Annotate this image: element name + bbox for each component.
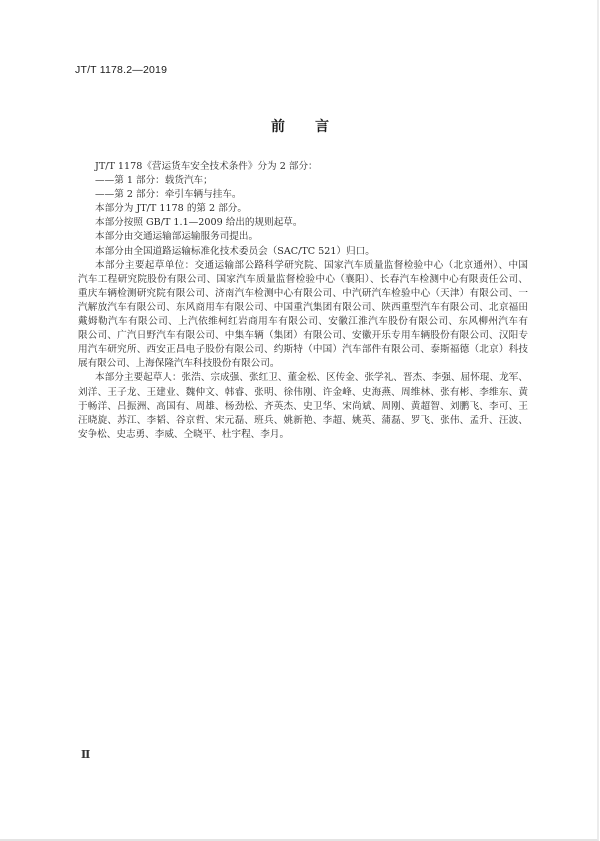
body-line: 本部分由全国道路运输标准化技术委员会（SAC/TC 521）归口。: [78, 245, 528, 259]
body-line: 安争松、史志勇、李威、仝晓平、杜宇程、李月。: [78, 428, 528, 442]
body-line: 重庆车辆检测研究院有限公司、济南汽车检测中心有限公司、中汽研汽车检验中心（天津）…: [78, 287, 528, 301]
page-number: Ⅱ: [81, 748, 90, 761]
title-char-2: 言: [315, 116, 329, 136]
body-line: 本部分主要起草单位：交通运输部公路科学研究院、国家汽车质量监督检验中心（北京通州…: [78, 259, 528, 273]
body-line: 本部分主要起草人：张浩、宗成强、张红卫、董金松、区传金、张学礼、晋杰、李强、屈怀…: [78, 371, 528, 385]
section-title-foreword: 前言: [0, 116, 600, 136]
body-line: 汽车工程研究院股份有限公司、国家汽车质量监督检验中心（襄阳）、长春汽车检测中心有…: [78, 273, 528, 287]
body-line: 汪晓旋、苏江、李韬、谷京哲、宋元磊、班兵、姚新艳、李超、姚英、蒲磊、罗飞、张伟、…: [78, 414, 528, 428]
body-line: 于畅洋、吕振洲、高国有、周雄、杨劲松、齐英杰、史卫华、宋尚斌、周刚、黄超智、刘鹏…: [78, 400, 528, 414]
body-line: 用汽车研究所、西安正昌电子股份有限公司、约斯特（中国）汽车部件有限公司、泰斯福德…: [78, 343, 528, 357]
body-line: ——第 2 部分：牵引车辆与挂车。: [78, 188, 528, 202]
body-line: 刘洋、王子龙、王建业、魏仲文、韩睿、张明、徐伟刚、许金峰、史海燕、周维林、张有彬…: [78, 386, 528, 400]
document-page: JT/T 1178.2—2019 前言 JT/T 1178《营运货车安全技术条件…: [0, 0, 599, 841]
standard-code-header: JT/T 1178.2—2019: [75, 64, 167, 76]
body-line: 本部分按照 GB/T 1.1—2009 给出的规则起草。: [78, 216, 528, 230]
body-line: JT/T 1178《营运货车安全技术条件》分为 2 部分：: [78, 160, 528, 174]
body-line: ——第 1 部分：载货汽车；: [78, 174, 528, 188]
body-line: 本部分由交通运输部运输服务司提出。: [78, 230, 528, 244]
title-char-1: 前: [271, 116, 285, 136]
body-line: 戴姆勒汽车有限公司、上汽依维柯红岩商用车有限公司、安徽江淮汽车股份有限公司、东风…: [78, 315, 528, 329]
body-line: 汽解放汽车有限公司、东风商用车有限公司、中国重汽集团有限公司、陕西重型汽车有限公…: [78, 301, 528, 315]
body-line: 本部分为 JT/T 1178 的第 2 部分。: [78, 202, 528, 216]
body-line: 展有限公司、上海保隆汽车科技股份有限公司。: [78, 357, 528, 371]
foreword-body: JT/T 1178《营运货车安全技术条件》分为 2 部分：——第 1 部分：载货…: [78, 160, 528, 442]
body-line: 限公司、广汽日野汽车有限公司、中集车辆（集团）有限公司、安徽开乐专用车辆股份有限…: [78, 329, 528, 343]
